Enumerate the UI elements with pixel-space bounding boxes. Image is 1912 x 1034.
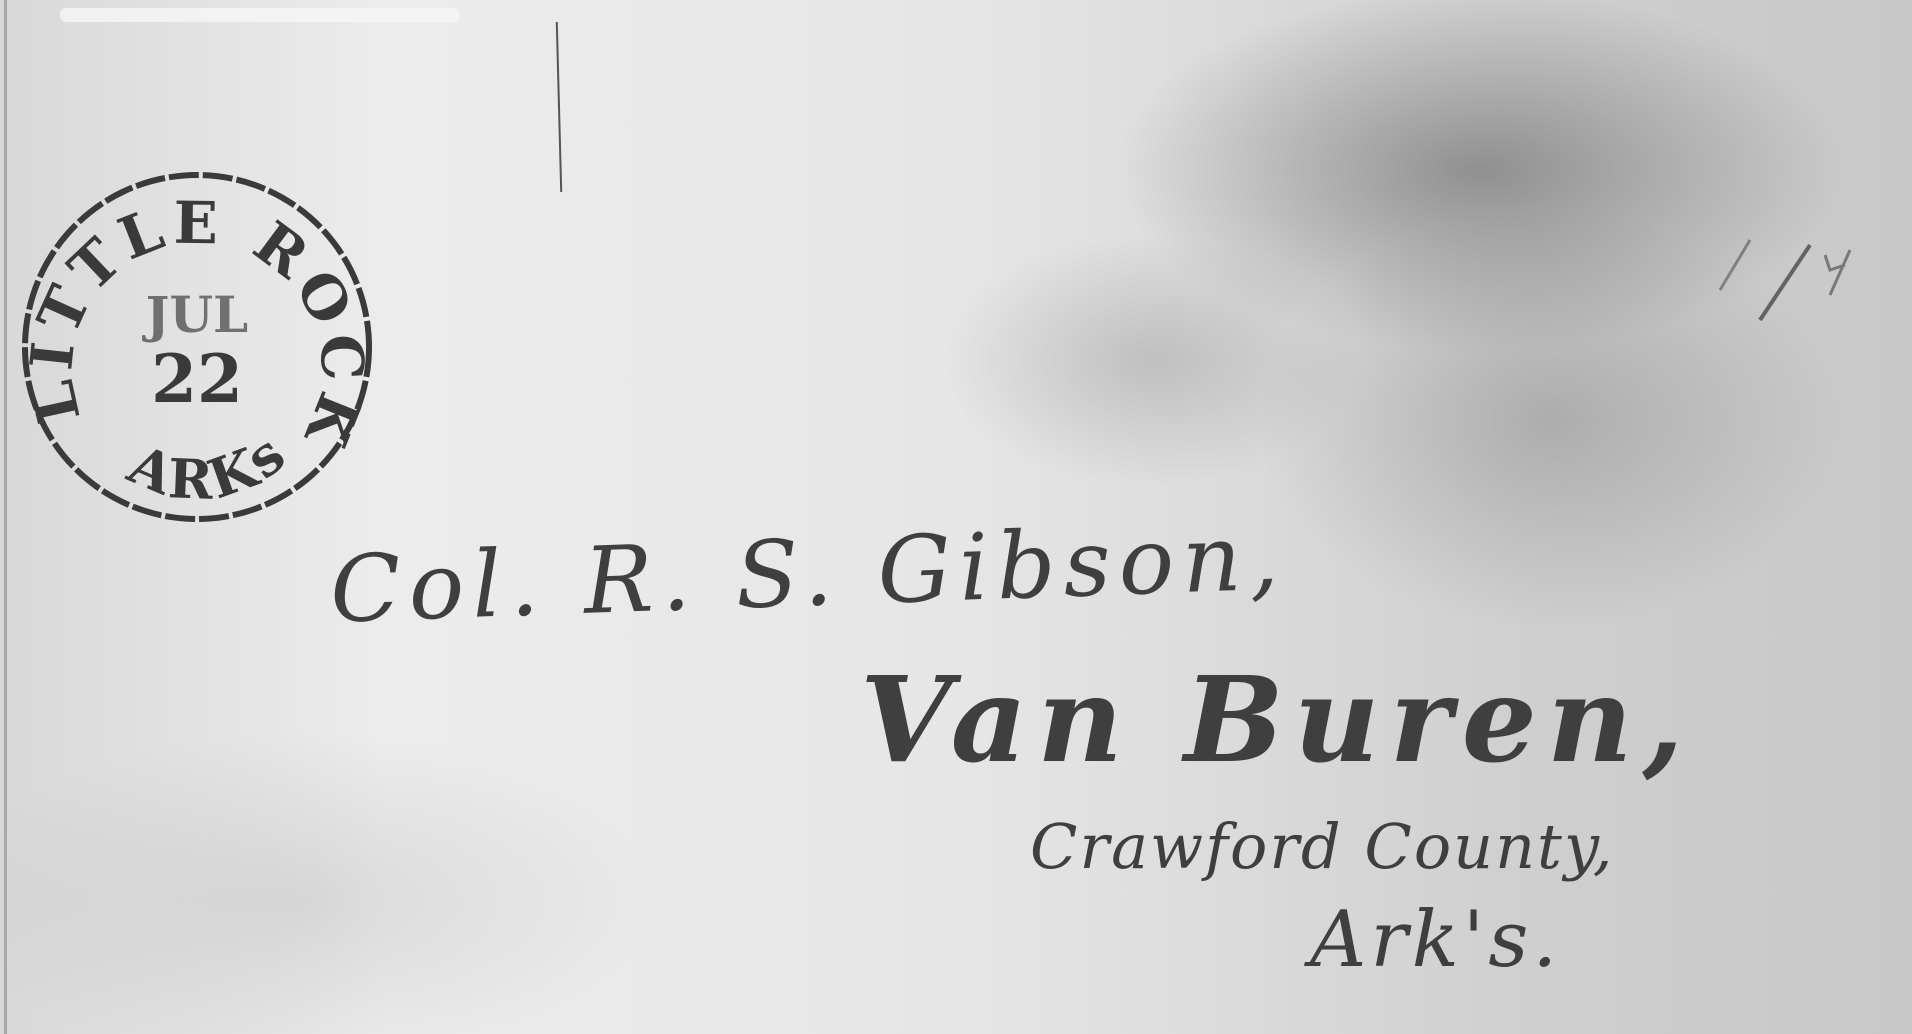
pencil-notation [1680,220,1880,340]
postmark-day: 22 [151,340,243,418]
addressee-name: Col. R. S. Gibson, [328,503,1288,643]
address-city: Van Buren, [860,650,1694,789]
envelope-left-edge [4,0,7,1034]
envelope-flap-line [556,22,562,192]
postmark-month: JUL [142,285,248,344]
paper-tear [60,8,460,22]
circular-postmark: LITTLE ROCK ARKs. JUL 22 [12,162,382,532]
address-county: Crawford County, [1030,810,1614,883]
postmark-stamp-icon: LITTLE ROCK ARKs. JUL 22 [12,162,382,532]
address-state: Ark's. [1310,895,1561,985]
envelope-scan: LITTLE ROCK ARKs. JUL 22 Col. R. S. Gibs… [0,0,1912,1034]
